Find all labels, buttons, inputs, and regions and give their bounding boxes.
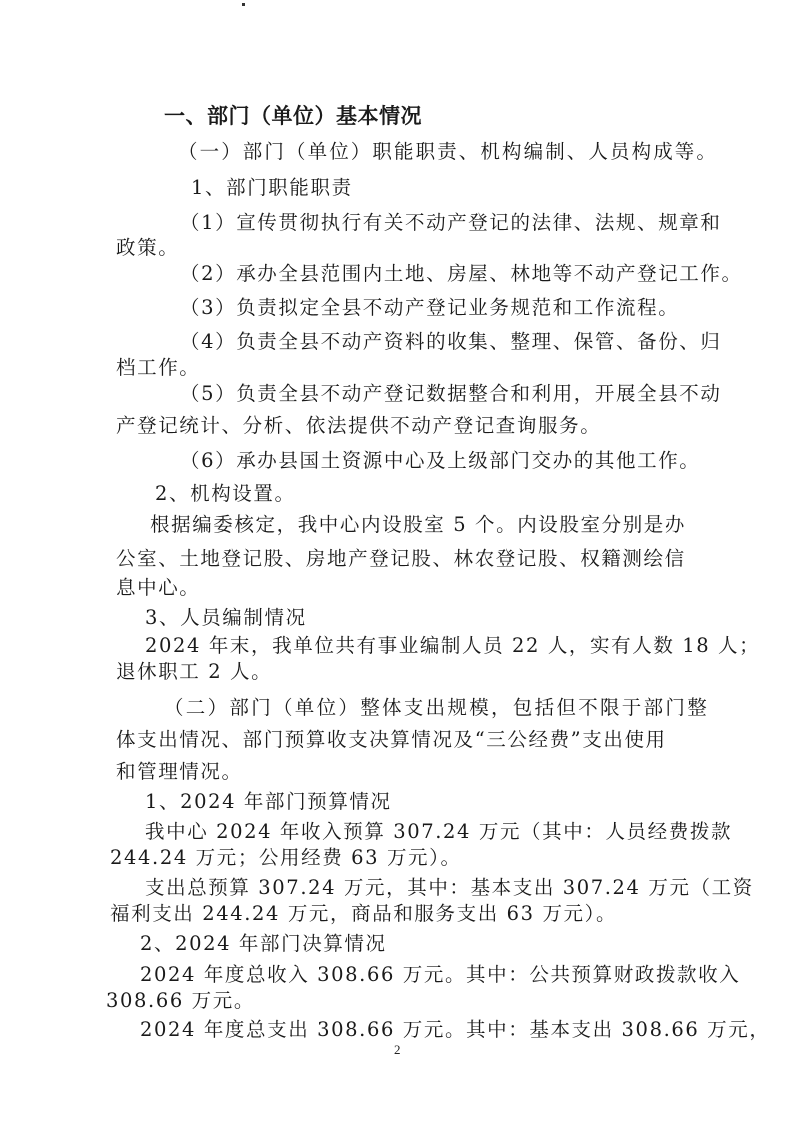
duty-4-line-2: 档工作。	[116, 356, 200, 380]
subsection-heading-2-line-3: 和管理情况。	[116, 760, 243, 784]
duty-6: （6）承办县国土资源中心及上级部门交办的其他工作。	[180, 449, 700, 473]
duty-5-line-1: （5）负责全县不动产登记数据整合和利用，开展全县不动	[180, 382, 722, 406]
budget-expense-line-2: 福利支出 244.24 万元，商品和服务支出 63 万元）。	[110, 902, 617, 926]
org-text-line-1: 根据编委核定，我中心内设股室 5 个。内设股室分别是办	[150, 513, 686, 537]
budget-income-line-1: 我中心 2024 年收入预算 307.24 万元（其中：人员经费拨款	[145, 820, 732, 844]
duty-1-line-1: （1）宣传贯彻执行有关不动产登记的法律、法规、规章和	[180, 211, 722, 235]
org-text-line-3: 息中心。	[116, 576, 200, 600]
final-heading: 2、2024 年部门决算情况	[140, 932, 387, 956]
duty-2: （2）承办全县范围内土地、房屋、林地等不动产登记工作。	[180, 262, 743, 286]
budget-income-line-2: 244.24 万元；公用经费 63 万元）。	[110, 846, 462, 870]
duty-4-line-1: （4）负责全县不动产资料的收集、整理、保管、备份、归	[180, 330, 722, 354]
subsection-heading-2-line-1: （二）部门（单位）整体支出规模，包括但不限于部门整	[164, 696, 709, 720]
duty-1-line-2: 政策。	[116, 236, 179, 260]
item-heading-staff: 3、人员编制情况	[145, 606, 307, 630]
document-page: 一、部门（单位）基本情况 （一）部门（单位）职能职责、机构编制、人员构成等。 1…	[0, 0, 793, 1122]
subsection-heading-1: （一）部门（单位）职能职责、机构编制、人员构成等。	[178, 140, 718, 164]
section-heading: 一、部门（单位）基本情况	[164, 104, 422, 128]
duty-3: （3）负责拟定全县不动产登记业务规范和工作流程。	[180, 296, 679, 320]
staff-text-line-1: 2024 年末，我单位共有事业编制人员 22 人，实有人数 18 人；	[145, 634, 760, 658]
item-heading-duties: 1、部门职能职责	[191, 176, 353, 200]
budget-expense-line-1: 支出总预算 307.24 万元，其中：基本支出 307.24 万元（工资	[145, 876, 754, 900]
duty-5-line-2: 产登记统计、分析、依法提供不动产登记查询服务。	[116, 414, 601, 438]
final-income-line-2: 308.66 万元。	[106, 989, 255, 1013]
scan-artifact-dot	[242, 3, 245, 6]
org-text-line-2: 公室、土地登记股、房地产登记股、林农登记股、权籍测绘信	[116, 547, 686, 571]
budget-heading: 1、2024 年部门预算情况	[145, 790, 392, 814]
subsection-heading-2-line-2: 体支出情况、部门预算收支决算情况及“三公经费”支出使用	[116, 728, 667, 752]
final-expense-line-1: 2024 年度总支出 308.66 万元。其中：基本支出 308.66 万元，	[140, 1018, 770, 1042]
staff-text-line-2: 退休职工 2 人。	[116, 660, 272, 684]
item-heading-org: 2、机构设置。	[155, 482, 296, 506]
page-number: 2	[394, 1042, 401, 1058]
final-income-line-1: 2024 年度总收入 308.66 万元。其中：公共预算财政拨款收入	[140, 963, 740, 987]
